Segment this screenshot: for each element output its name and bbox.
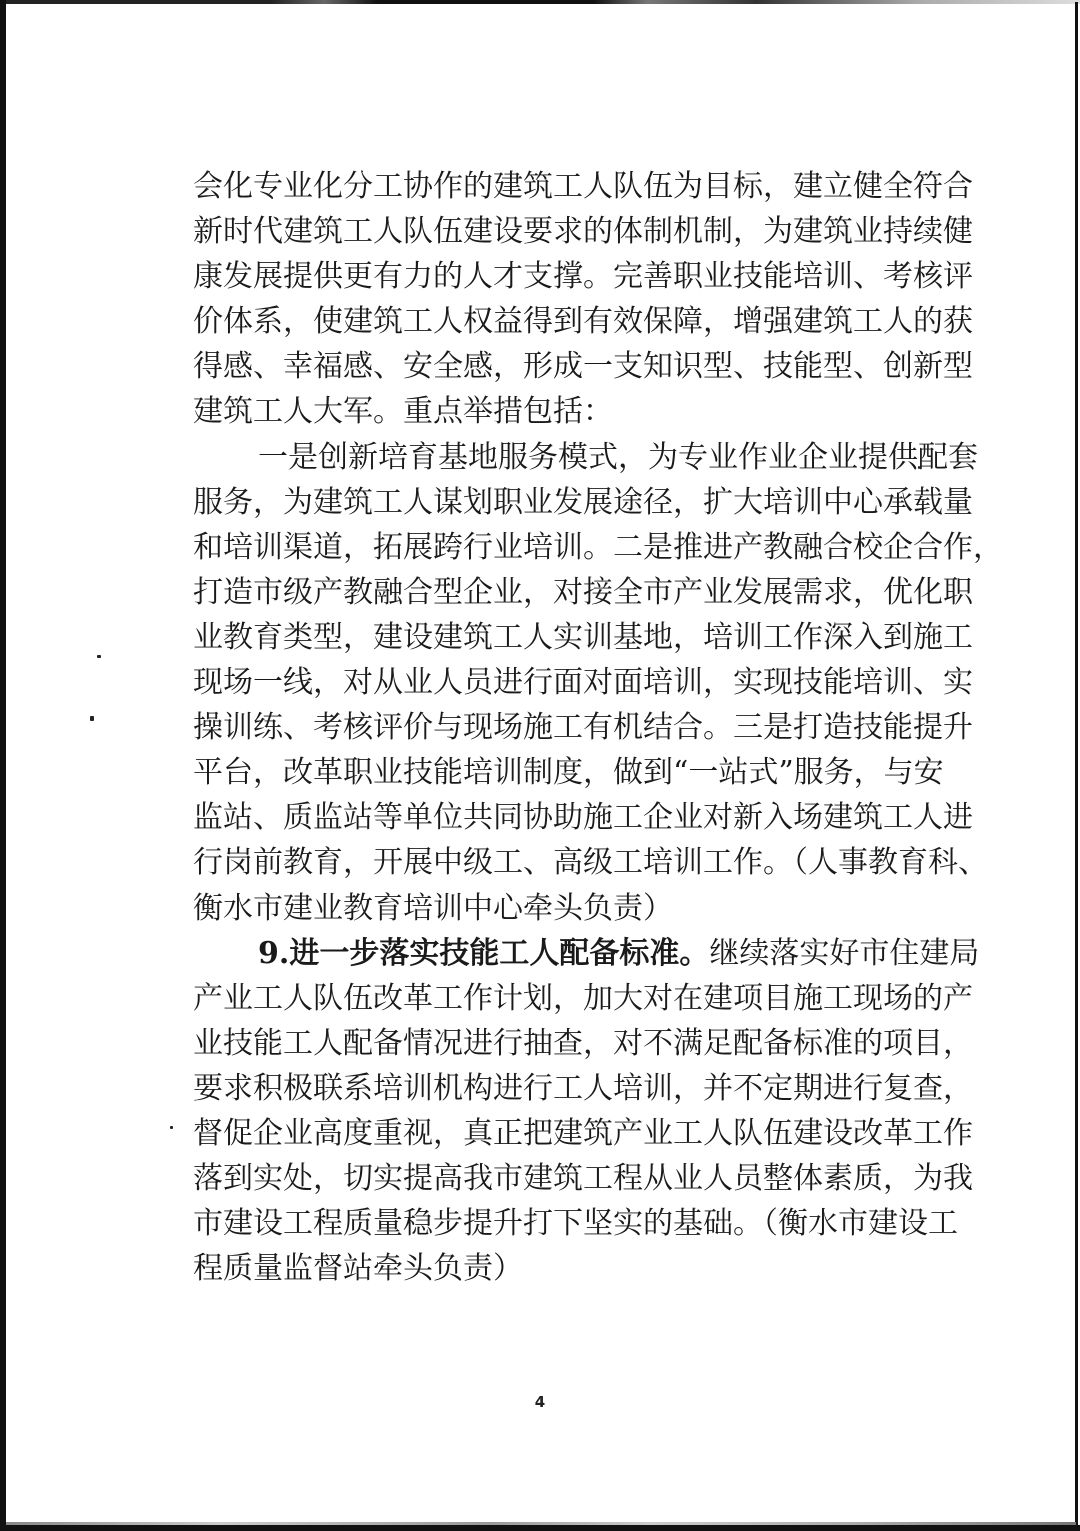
paragraph-1: 会化专业化分工协作的建筑工人队伍为目标，建立健全符合 新时代建筑工人队伍建设要求… xyxy=(193,164,917,435)
text-line: 操训练、考核评价与现场施工有机结合。三是打造技能提升 xyxy=(193,705,917,750)
text-line: 衡水市建业教育培训中心牵头负责） xyxy=(193,886,917,931)
scan-speck xyxy=(90,716,94,721)
text-line: 督促企业高度重视，真正把建筑产业工人队伍建设改革工作 xyxy=(193,1111,917,1156)
text-line: 建筑工人大军。重点举措包括： xyxy=(193,389,917,434)
document-body: 会化专业化分工协作的建筑工人队伍为目标，建立健全符合 新时代建筑工人队伍建设要求… xyxy=(193,164,917,1291)
section-heading: 9.进一步落实技能工人配备标准。 xyxy=(258,936,709,971)
paragraph-2: 一是创新培育基地服务模式，为专业作业企业提供配套 服务，为建筑工人谋划职业发展途… xyxy=(193,435,917,931)
text-line: 行岗前教育，开展中级工、高级工培训工作。（人事教育科、 xyxy=(193,840,917,885)
scan-edge-left xyxy=(0,0,6,1531)
text-line: 一是创新培育基地服务模式，为专业作业企业提供配套 xyxy=(193,435,917,480)
text-line: 监站、质监站等单位共同协助施工企业对新入场建筑工人进 xyxy=(193,795,917,840)
text-line: 现场一线，对从业人员进行面对面培训，实现技能培训、实 xyxy=(193,660,917,705)
text-line: 康发展提供更有力的人才支撑。完善职业技能培训、考核评 xyxy=(193,254,917,299)
text-line: 服务，为建筑工人谋划职业发展途径，扩大培训中心承载量 xyxy=(193,480,917,525)
text-run: 继续落实好市住建局 xyxy=(709,936,979,971)
text-line: 得感、幸福感、安全感，形成一支知识型、技能型、创新型 xyxy=(193,344,917,389)
text-line: 平台，改革职业技能培训制度，做到“一站式”服务，与安 xyxy=(193,750,917,795)
text-line: 业教育类型，建设建筑工人实训基地，培训工作深入到施工 xyxy=(193,615,917,660)
scan-edge-top xyxy=(0,0,1080,4)
text-line: 程质量监督站牵头负责） xyxy=(193,1246,917,1291)
page-number: 4 xyxy=(535,1393,545,1411)
text-line: 业技能工人配备情况进行抽查，对不满足配备标准的项目， xyxy=(193,1021,917,1066)
text-line: 要求积极联系培训机构进行工人培训，并不定期进行复查， xyxy=(193,1066,917,1111)
text-line: 打造市级产教融合型企业，对接全市产业发展需求，优化职 xyxy=(193,570,917,615)
scan-edge-right xyxy=(1075,2,1078,1529)
text-line: 落到实处，切实提高我市建筑工程从业人员整体素质，为我 xyxy=(193,1156,917,1201)
paragraph-3: 9.进一步落实技能工人配备标准。继续落实好市住建局 产业工人队伍改革工作计划，加… xyxy=(193,931,917,1292)
scan-edge-bottom xyxy=(0,1525,1080,1531)
text-line: 会化专业化分工协作的建筑工人队伍为目标，建立健全符合 xyxy=(193,164,917,209)
text-line: 价体系，使建筑工人权益得到有效保障，增强建筑工人的获 xyxy=(193,299,917,344)
scan-speck xyxy=(170,1126,173,1129)
scanned-page: 会化专业化分工协作的建筑工人队伍为目标，建立健全符合 新时代建筑工人队伍建设要求… xyxy=(0,0,1080,1531)
text-line: 产业工人队伍改革工作计划，加大对在建项目施工现场的产 xyxy=(193,976,917,1021)
text-line: 和培训渠道，拓展跨行业培训。二是推进产教融合校企合作， xyxy=(193,525,917,570)
text-line: 市建设工程质量稳步提升打下坚实的基础。（衡水市建设工 xyxy=(193,1201,917,1246)
scan-speck xyxy=(97,655,101,658)
text-line: 9.进一步落实技能工人配备标准。继续落实好市住建局 xyxy=(193,931,917,976)
text-line: 新时代建筑工人队伍建设要求的体制机制，为建筑业持续健 xyxy=(193,209,917,254)
